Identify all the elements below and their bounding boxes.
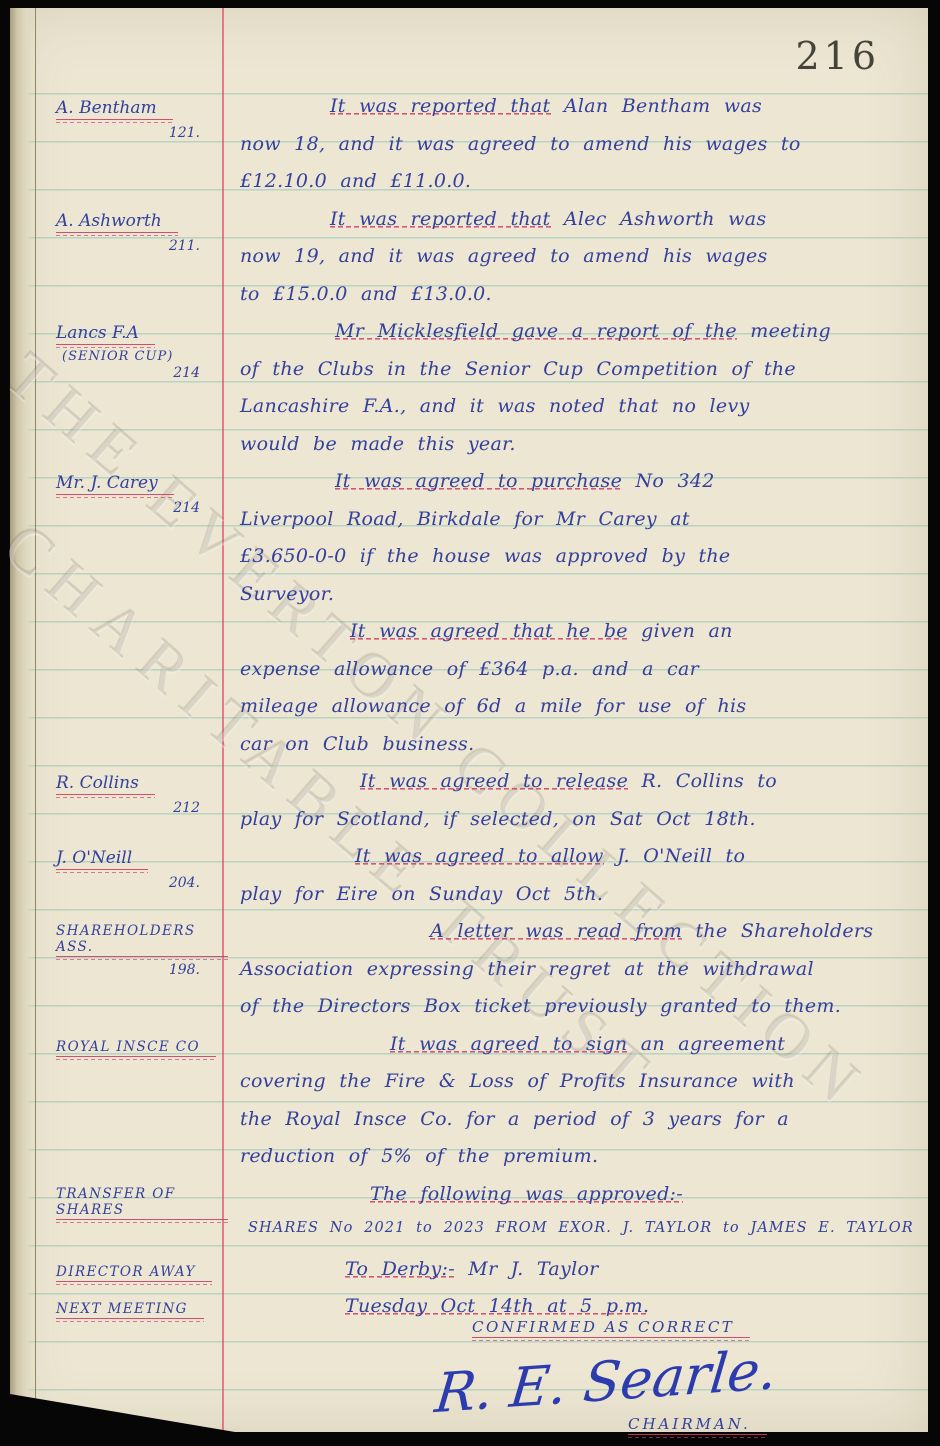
minute-line-text: meeting (737, 320, 831, 342)
minute-line: would be made this year. (240, 433, 914, 471)
minute-line: It was reported that Alec Ashworth was (240, 208, 914, 246)
minute-section: A. Bentham121.It was reported that Alan … (10, 95, 928, 208)
minute-line: to £15.0.0 and £13.0.0. (240, 283, 914, 321)
underlined-phrase: It was reported that (330, 208, 551, 233)
minute-line-text: play for Scotland, if selected, on Sat O… (240, 808, 756, 830)
minute-line-text: covering the Fire & Loss of Profits Insu… (240, 1070, 795, 1092)
underlined-phrase: It was reported that (330, 95, 551, 120)
minute-line: Surveyor. (240, 583, 914, 621)
minute-line-text: given an (628, 620, 733, 642)
minute-reference-number: 198. (56, 962, 228, 978)
minute-line-text: £3.650-0-0 if the house was approved by … (240, 545, 730, 567)
margin-heading: A. Bentham121. (56, 98, 228, 141)
minute-line-text: No 342 (622, 470, 715, 492)
minute-line-text: to £15.0.0 and £13.0.0. (240, 283, 492, 305)
minute-line-text: would be made this year. (240, 433, 516, 455)
margin-heading: Lancs F.A(SENIOR CUP)214 (56, 323, 228, 381)
underlined-phrase: A letter was read from (430, 920, 682, 945)
minute-line-text: the Shareholders (682, 920, 873, 942)
minute-line-text: Surveyor. (240, 583, 334, 605)
minute-line-text: Alec Ashworth was (551, 208, 767, 230)
minute-line: Liverpool Road, Birkdale for Mr Carey at (240, 508, 914, 546)
margin-heading: SHAREHOLDERS ASS.198. (56, 923, 228, 978)
minute-section: ROYAL INSCE COIt was agreed to sign an a… (10, 1033, 928, 1183)
minute-line: It was agreed to allow J. O'Neill to (240, 845, 914, 883)
minute-line: of the Directors Box ticket previously g… (240, 995, 914, 1033)
minute-line-text: reduction of 5% of the premium. (240, 1145, 598, 1167)
margin-heading-label: Mr. J. Carey (56, 473, 174, 499)
minute-line-text: play for Eire on Sunday Oct 5th. (240, 883, 603, 905)
minute-line-text: expense allowance of £364 p.a. and a car (240, 658, 699, 680)
minute-line-text: Mr J. Taylor (455, 1258, 599, 1280)
minute-line-text: Association expressing their regret at t… (240, 958, 814, 980)
margin-heading-label: R. Collins (56, 773, 155, 799)
margin-heading: TRANSFER OF SHARES (56, 1186, 228, 1224)
margin-heading: A. Ashworth211. (56, 211, 228, 254)
minute-line-text: mileage allowance of 6d a mile for use o… (240, 695, 746, 717)
page-number: 216 (795, 34, 880, 78)
minute-line-text: an agreement (627, 1033, 785, 1055)
minute-section: It was agreed that he be given anexpense… (10, 620, 928, 770)
minute-line: It was agreed to release R. Collins to (240, 770, 914, 808)
minute-line: now 19, and it was agreed to amend his w… (240, 245, 914, 283)
minute-line: play for Eire on Sunday Oct 5th. (240, 883, 914, 921)
minute-line: reduction of 5% of the premium. (240, 1145, 914, 1183)
ledger-page: THE EVERTON COLLECTION CHARITABLE TRUST … (10, 8, 928, 1432)
margin-heading: R. Collins212 (56, 773, 228, 816)
minute-line: To Derby:- Mr J. Taylor (240, 1258, 914, 1296)
minute-line: play for Scotland, if selected, on Sat O… (240, 808, 914, 846)
margin-heading-label: A. Ashworth (56, 211, 178, 237)
underlined-phrase: Mr Micklesfield gave a report of the (335, 320, 737, 345)
underlined-phrase: Tuesday Oct 14th at 5 p.m. (345, 1295, 649, 1320)
minute-section: J. O'Neill204.It was agreed to allow J. … (10, 845, 928, 920)
margin-heading: J. O'Neill204. (56, 848, 228, 891)
minute-line-text: J. O'Neill to (604, 845, 745, 867)
minute-line: Mr Micklesfield gave a report of the mee… (240, 320, 914, 358)
minute-line: It was agreed that he be given an (240, 620, 914, 658)
minute-line: It was agreed to purchase No 342 (240, 470, 914, 508)
minute-line: now 18, and it was agreed to amend his w… (240, 133, 914, 171)
margin-heading-label: A. Bentham (56, 98, 173, 124)
minute-reference-number: 121. (56, 125, 228, 141)
minute-section: TRANSFER OF SHARESThe following was appr… (10, 1183, 928, 1258)
underlined-phrase: The following was approved:- (370, 1183, 683, 1208)
minute-section: Mr. J. Carey214It was agreed to purchase… (10, 470, 928, 620)
minute-line-text: car on Club business. (240, 733, 474, 755)
minute-section: DIRECTOR AWAYTo Derby:- Mr J. Taylor (10, 1258, 928, 1296)
underlined-phrase: It was agreed to purchase (335, 470, 622, 495)
minute-line-text: of the Directors Box ticket previously g… (240, 995, 841, 1017)
margin-heading-label: TRANSFER OF SHARES (56, 1186, 228, 1224)
minute-line: £3.650-0-0 if the house was approved by … (240, 545, 914, 583)
minute-line-text: R. Collins to (628, 770, 777, 792)
minute-line: mileage allowance of 6d a mile for use o… (240, 695, 914, 733)
minute-reference-number: 214 (56, 500, 228, 516)
underlined-phrase: To Derby:- (345, 1258, 455, 1283)
minute-line: expense allowance of £364 p.a. and a car (240, 658, 914, 696)
minute-section: R. Collins212It was agreed to release R.… (10, 770, 928, 845)
minute-reference-number: 212 (56, 800, 228, 816)
chairman-signature: R. E. Searle. (432, 1338, 780, 1425)
underlined-phrase: It was agreed to allow (355, 845, 604, 870)
margin-heading: ROYAL INSCE CO (56, 1036, 228, 1061)
minute-section: A. Ashworth211.It was reported that Alec… (10, 208, 928, 321)
margin-heading-label: SHAREHOLDERS ASS. (56, 923, 228, 961)
minute-line-text: £12.10.0 and £11.0.0. (240, 170, 471, 192)
minute-reference-number: 214 (56, 365, 228, 381)
minute-line-text: Liverpool Road, Birkdale for Mr Carey at (240, 508, 690, 530)
margin-heading: DIRECTOR AWAY (56, 1261, 228, 1286)
minute-reference-number: 211. (56, 238, 228, 254)
margin-heading-subtitle: (SENIOR CUP) (62, 349, 228, 364)
minute-line: £12.10.0 and £11.0.0. (240, 170, 914, 208)
minute-section: Lancs F.A(SENIOR CUP)214Mr Micklesfield … (10, 320, 928, 470)
minute-line-text: SHARES No 2021 to 2023 FROM EXOR. J. TAY… (248, 1220, 914, 1236)
minute-line-text: now 18, and it was agreed to amend his w… (240, 133, 801, 155)
minute-section: SHAREHOLDERS ASS.198.A letter was read f… (10, 920, 928, 1033)
confirmed-as-correct-label: CONFIRMED AS CORRECT (472, 1318, 750, 1342)
minute-line-text: now 19, and it was agreed to amend his w… (240, 245, 768, 267)
margin-heading-label: DIRECTOR AWAY (56, 1264, 212, 1286)
minutes-list: A. Bentham121.It was reported that Alan … (10, 95, 928, 1333)
minute-line-text: Alan Bentham was (551, 95, 763, 117)
margin-heading-label: J. O'Neill (56, 848, 148, 874)
minute-line: Association expressing their regret at t… (240, 958, 914, 996)
minute-line: of the Clubs in the Senior Cup Competiti… (240, 358, 914, 396)
margin-heading-label: Lancs F.A (56, 323, 155, 349)
underlined-phrase: It was agreed that he be (350, 620, 628, 645)
underlined-phrase: It was agreed to sign (390, 1033, 627, 1058)
margin-heading-label: ROYAL INSCE CO (56, 1039, 216, 1061)
minute-line: Lancashire F.A., and it was noted that n… (240, 395, 914, 433)
minute-line-text: of the Clubs in the Senior Cup Competiti… (240, 358, 796, 380)
minute-line: car on Club business. (240, 733, 914, 771)
underlined-phrase: It was agreed to release (360, 770, 628, 795)
margin-heading: Mr. J. Carey214 (56, 473, 228, 516)
minute-line: It was reported that Alan Bentham was (240, 95, 914, 133)
chairman-title: CHAIRMAN. (628, 1415, 767, 1439)
minute-line: The following was approved:- (240, 1183, 914, 1221)
minute-line: covering the Fire & Loss of Profits Insu… (240, 1070, 914, 1108)
minute-line: It was agreed to sign an agreement (240, 1033, 914, 1071)
minute-line-text: Lancashire F.A., and it was noted that n… (240, 395, 750, 417)
minute-line: A letter was read from the Shareholders (240, 920, 914, 958)
minute-reference-number: 204. (56, 875, 228, 891)
minute-line-text: the Royal Insce Co. for a period of 3 ye… (240, 1108, 789, 1130)
minute-line: SHARES No 2021 to 2023 FROM EXOR. J. TAY… (240, 1220, 914, 1258)
minute-line: the Royal Insce Co. for a period of 3 ye… (240, 1108, 914, 1146)
